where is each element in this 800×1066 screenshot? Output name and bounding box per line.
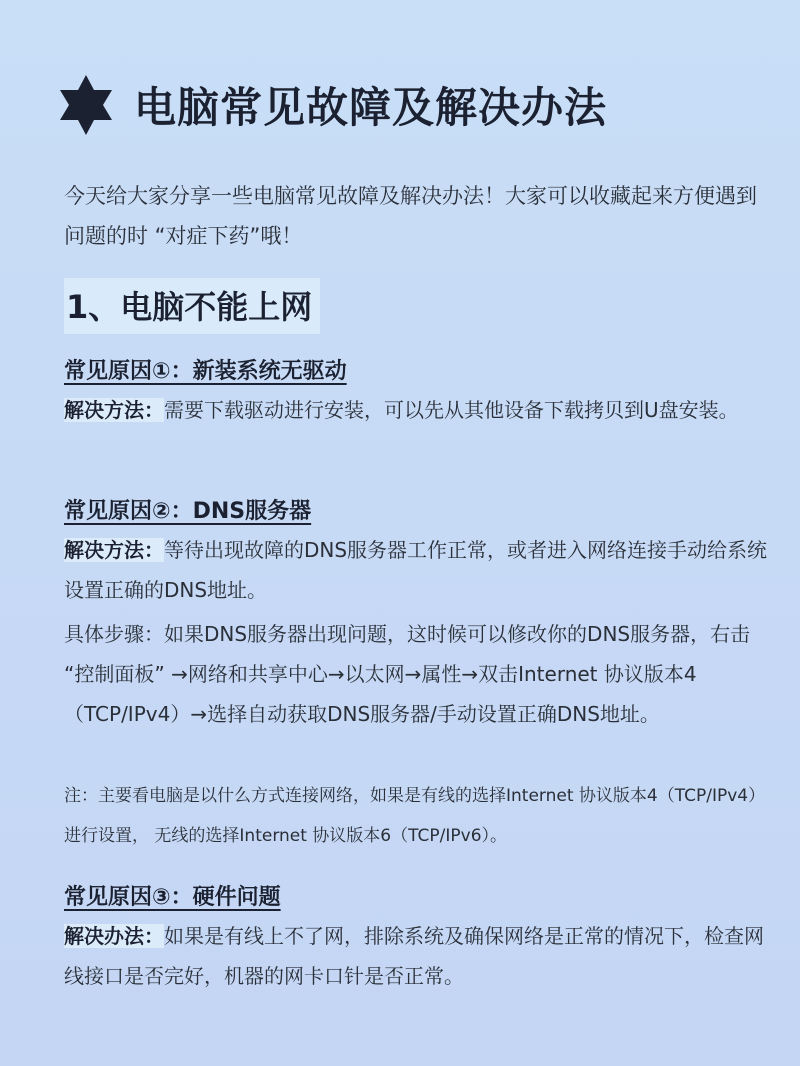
article-page: 电脑常见故障及解决办法 今天给大家分享一些电脑常见故障及解决办法！大家可以收藏起…: [0, 0, 800, 1066]
solution-text: 需要下载驱动进行安装，可以先从其他设备下载拷贝到U盘安装。: [164, 398, 739, 422]
solution-text: 如果是有线上不了网，排除系统及确保网络是正常的情况下，检查网线接口是否完好，机器…: [64, 924, 764, 988]
cause-2-solution: 解决方法：等待出现故障的DNS服务器工作正常，或者进入网络连接手动给系统设置正确…: [64, 530, 776, 610]
solution-label: 解决办法：: [64, 924, 164, 948]
six-pointed-star-icon: [58, 75, 114, 135]
intro-paragraph: 今天给大家分享一些电脑常见故障及解决办法！大家可以收藏起来方便遇到问题的时 “对…: [64, 176, 764, 256]
title-row: 电脑常见故障及解决办法: [58, 70, 607, 140]
solution-label: 解决方法：: [64, 538, 164, 562]
cause-1-solution: 解决方法：需要下载驱动进行安装，可以先从其他设备下载拷贝到U盘安装。: [64, 390, 776, 430]
solution-label: 解决方法：: [64, 398, 164, 422]
cause-3-solution: 解决办法：如果是有线上不了网，排除系统及确保网络是正常的情况下，检查网线接口是否…: [64, 916, 776, 996]
cause-1-title: 常见原因①：新装系统无驱动: [64, 354, 347, 385]
cause-2-steps: 具体步骤：如果DNS服务器出现问题，这时候可以修改你的DNS服务器，右击 “控制…: [64, 614, 776, 734]
section-title: 1、电脑不能上网: [64, 278, 320, 334]
cause-2-note: 注：主要看电脑是以什么方式连接网络，如果是有线的选择Internet 协议版本4…: [64, 776, 776, 856]
cause-2-title: 常见原因②：DNS服务器: [64, 494, 311, 525]
page-title: 电脑常见故障及解决办法: [134, 75, 607, 135]
cause-3-title: 常见原因③：硬件问题: [64, 880, 281, 911]
solution-text: 等待出现故障的DNS服务器工作正常，或者进入网络连接手动给系统设置正确的DNS地…: [64, 538, 767, 602]
